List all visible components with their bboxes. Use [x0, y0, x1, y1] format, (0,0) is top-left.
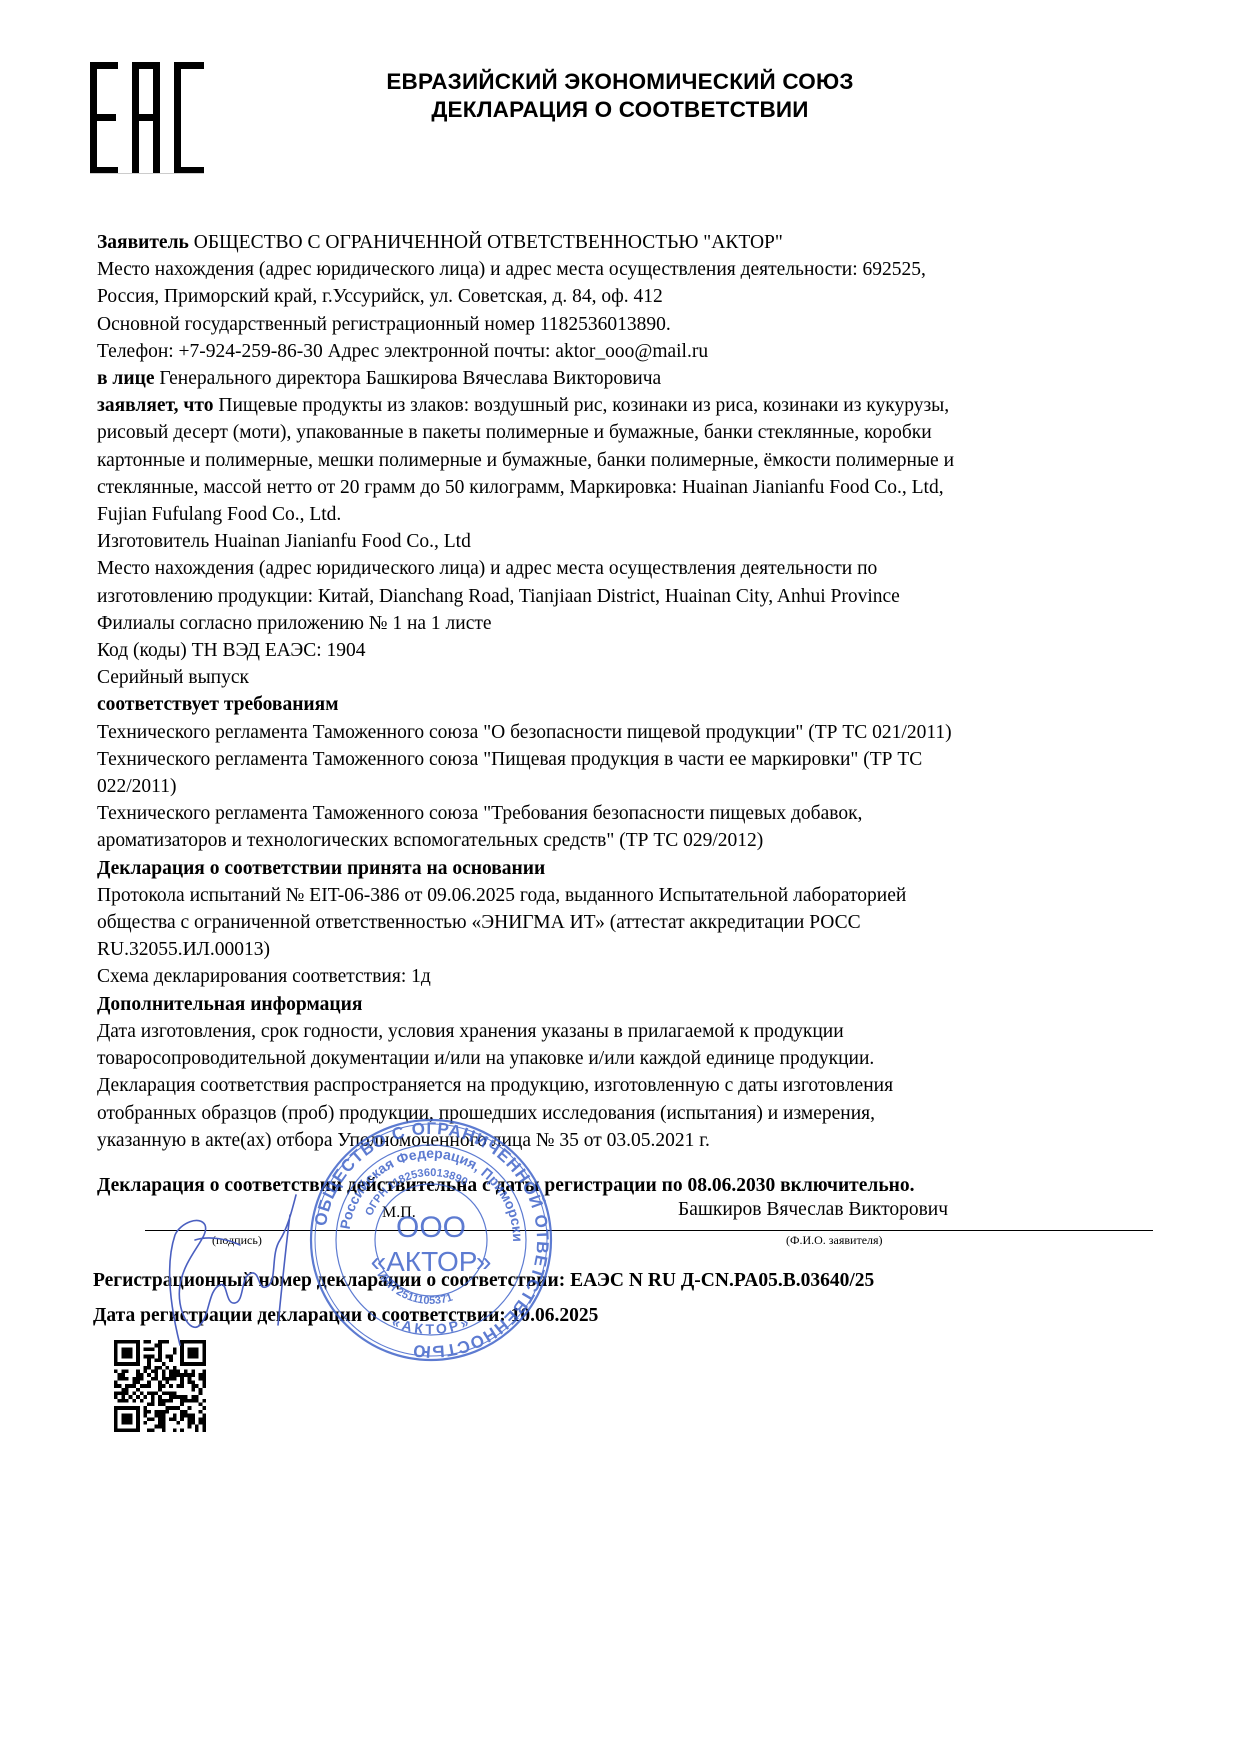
applicant-label: Заявитель [97, 232, 189, 253]
requirements-heading: соответствует требованиям [97, 691, 1157, 718]
basis-line: Протокола испытаний № EIT-06-386 от 09.0… [97, 882, 1157, 909]
applicant-full-name: Башкиров Вячеслав Викторович [678, 1199, 948, 1221]
additional-line: указанную в акте(ах) отбора Уполномоченн… [97, 1127, 1157, 1154]
requirement-line: Технического регламента Таможенного союз… [97, 746, 1157, 773]
product-line: стеклянные, массой нетто от 20 грамм до … [97, 474, 1157, 501]
represented-by: Генерального директора Башкирова Вячесла… [159, 368, 661, 389]
additional-heading: Дополнительная информация [97, 991, 1157, 1018]
declares-label: заявляет, что [97, 395, 214, 416]
applicant-line: Заявитель ОБЩЕСТВО С ОГРАНИЧЕННОЙ ОТВЕТС… [97, 229, 1157, 256]
declaration-scheme: Схема декларирования соответствия: 1д [97, 963, 1157, 990]
requirement-line: 022/2011) [97, 773, 1157, 800]
svg-text:«АКТОР»: «АКТОР» [371, 1246, 492, 1277]
svg-text:ООО: ООО [396, 1211, 466, 1244]
manufacturer-address-2: изготовлению продукции: Китай, Dianchang… [97, 583, 1157, 610]
production-type: Серийный выпуск [97, 664, 1157, 691]
fio-caption: (Ф.И.О. заявителя) [786, 1233, 883, 1248]
svg-text:«АКТОР»: «АКТОР» [390, 1313, 474, 1337]
declaration-body: Заявитель ОБЩЕСТВО С ОГРАНИЧЕННОЙ ОТВЕТС… [97, 229, 1157, 1154]
applicant-name: ОБЩЕСТВО С ОГРАНИЧЕННОЙ ОТВЕТСТВЕННОСТЬЮ… [194, 232, 783, 253]
header-declaration-title: ДЕКЛАРАЦИЯ О СООТВЕТСТВИИ [300, 96, 940, 124]
basis-line: RU.32055.ИЛ.00013) [97, 936, 1157, 963]
basis-line: общества с ограниченной ответственностью… [97, 909, 1157, 936]
product-line: картонные и полимерные, мешки полимерные… [97, 447, 1157, 474]
applicant-contacts: Телефон: +7-924-259-86-30 Адрес электрон… [97, 338, 1157, 365]
eac-logo [90, 62, 204, 174]
represented-label: в лице [97, 368, 154, 389]
applicant-address-1: Место нахождения (адрес юридического лиц… [97, 256, 1157, 283]
tn-ved-code: Код (коды) ТН ВЭД ЕАЭС: 1904 [97, 637, 1157, 664]
product-line: заявляет, что Пищевые продукты из злаков… [97, 392, 1157, 419]
represented-line: в лице Генерального директора Башкирова … [97, 365, 1157, 392]
basis-heading: Декларация о соответствии принята на осн… [97, 855, 1157, 882]
company-stamp: ОБЩЕСТВО С ОГРАНИЧЕННОЙ ОТВЕТСТВЕННОСТЬЮ… [306, 1115, 556, 1365]
applicant-address-2: Россия, Приморский край, г.Уссурийск, ул… [97, 283, 1157, 310]
manufacturer: Изготовитель Huainan Jianianfu Food Co.,… [97, 528, 1157, 555]
requirement-line: ароматизаторов и технологических вспомог… [97, 827, 1157, 854]
additional-line: товаросопроводительной документации и/ил… [97, 1045, 1157, 1072]
product-line: рисовый десерт (моти), упакованные в пак… [97, 419, 1157, 446]
header-union-title: ЕВРАЗИЙСКИЙ ЭКОНОМИЧЕСКИЙ СОЮЗ [300, 68, 940, 96]
additional-line: Дата изготовления, срок годности, услови… [97, 1018, 1157, 1045]
applicant-ogrn: Основной государственный регистрационный… [97, 311, 1157, 338]
eac-mark-icon [90, 62, 204, 174]
manufacturer-address-1: Место нахождения (адрес юридического лиц… [97, 555, 1157, 582]
additional-line: отобранных образцов (проб) продукции, пр… [97, 1100, 1157, 1127]
document-header: ЕВРАЗИЙСКИЙ ЭКОНОМИЧЕСКИЙ СОЮЗ ДЕКЛАРАЦИ… [300, 68, 940, 124]
requirement-line: Технического регламента Таможенного союз… [97, 800, 1157, 827]
additional-line: Декларация соответствия распространяется… [97, 1072, 1157, 1099]
handwritten-signature [140, 1185, 330, 1360]
branches: Филиалы согласно приложению № 1 на 1 лис… [97, 610, 1157, 637]
product-line: Fujian Fufulang Food Co., Ltd. [97, 501, 1157, 528]
requirement-line: Технического регламента Таможенного союз… [97, 719, 1157, 746]
